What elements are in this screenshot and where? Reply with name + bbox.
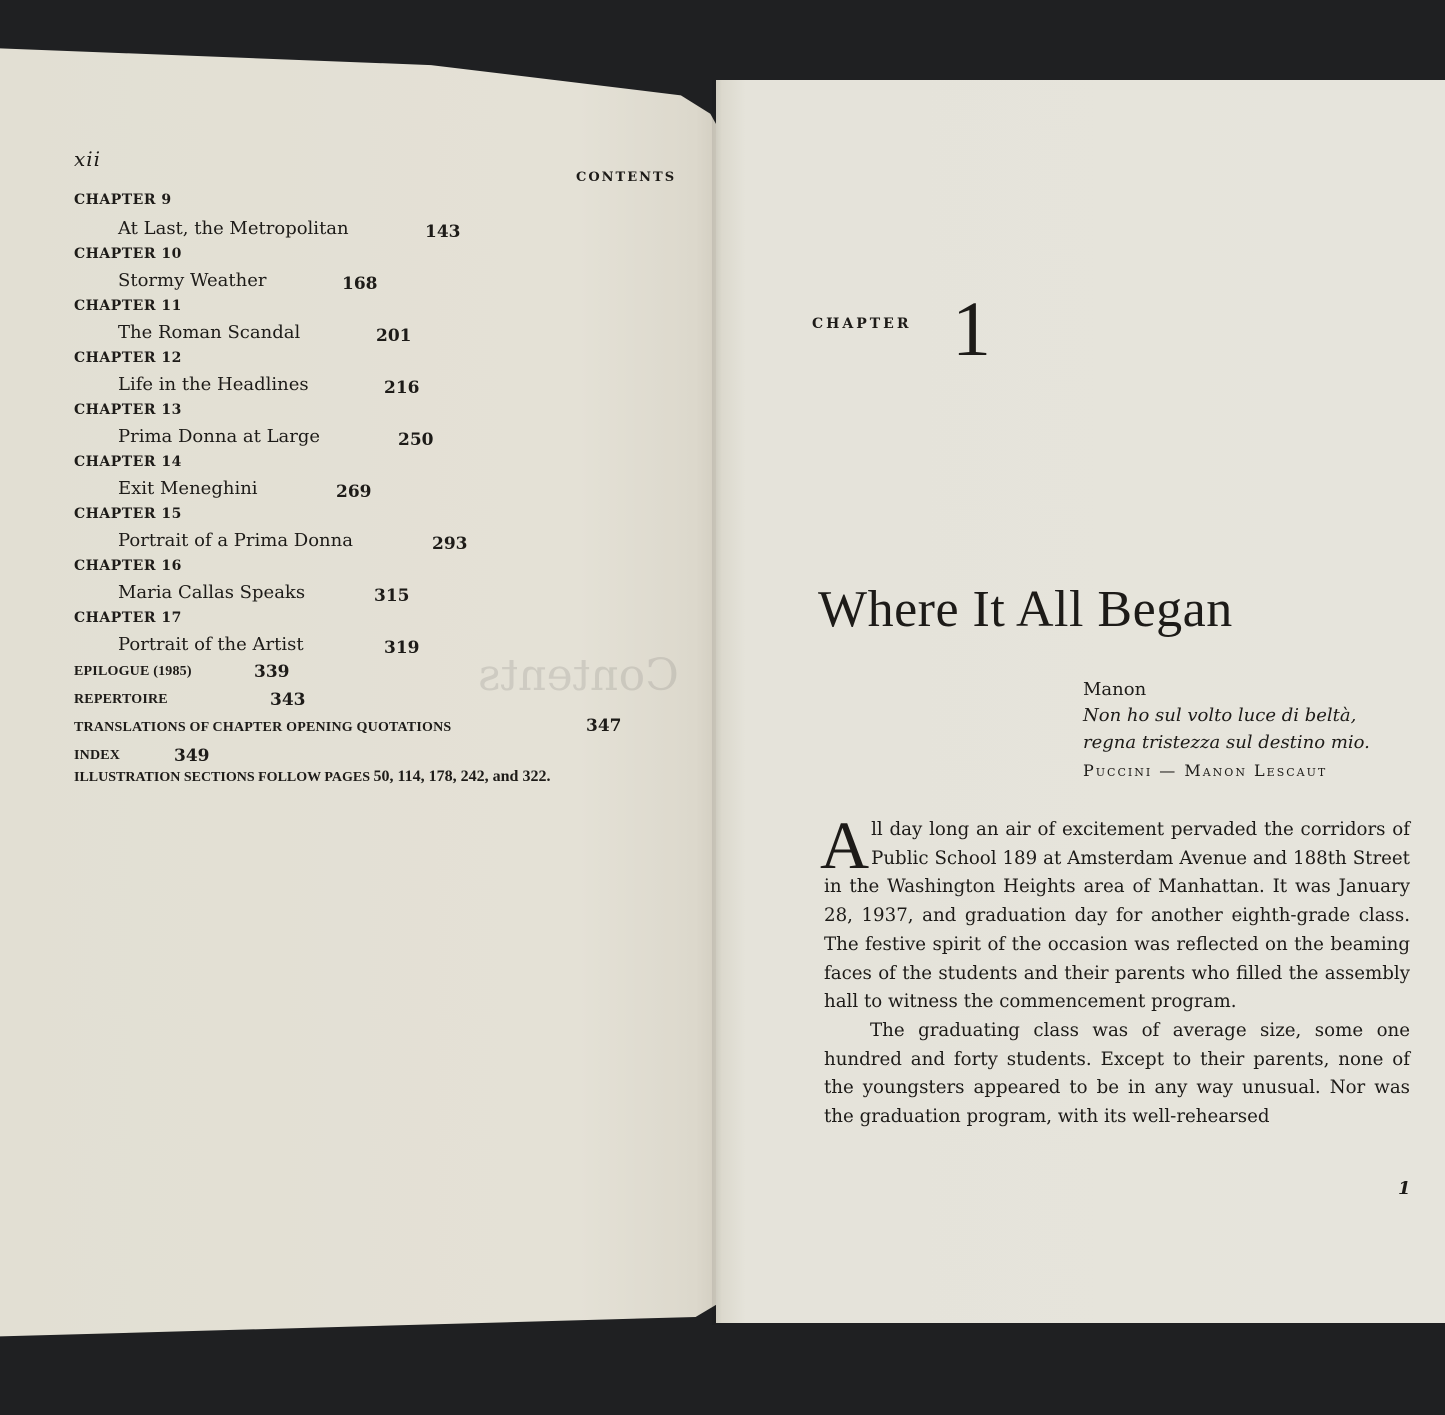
body-paragraph: The graduating class was of average size… [824,1017,1410,1132]
toc-chapter-title: Prima Donna at Large [118,426,320,447]
running-head: CONTENTS [576,170,676,185]
toc-page-number: 347 [586,716,622,736]
epigraph-line: regna tristezza sul destino mio. [1083,729,1413,756]
toc-entry: CHAPTER 11 [74,296,694,322]
toc-back-matter-entry: TRANSLATIONS OF CHAPTER OPENING QUOTATIO… [74,716,694,744]
toc-page-number: 216 [384,378,420,398]
toc-page-number: 269 [336,482,372,502]
chapter-title: Where It All Began [818,580,1233,639]
gutter-shadow [712,80,722,1325]
right-page-folio: 1 [1398,1178,1411,1199]
toc-chapter-label: CHAPTER 11 [74,298,182,314]
toc-page-number: 343 [270,690,306,710]
toc-page-number: 315 [374,586,410,606]
toc-page-number: 168 [342,274,378,294]
toc-chapter-title: Life in the Headlines [118,374,309,395]
drop-cap: A [820,820,869,870]
toc-chapter-label: CHAPTER 10 [74,246,182,262]
toc-entry: CHAPTER 17 [74,608,694,634]
toc-entry: Stormy Weather 168 [74,270,694,296]
epigraph-line: Non ho sul volto luce di beltà, [1083,702,1413,729]
toc-entry: Life in the Headlines 216 [74,374,694,400]
toc-entry: CHAPTER 16 [74,556,694,582]
chapter-label: CHAPTER [812,316,911,332]
toc-page-number: 250 [398,430,434,450]
toc-chapter-title: Maria Callas Speaks [118,582,305,603]
toc-chapter-title: The Roman Scandal [118,322,300,343]
toc-entry: CHAPTER 10 [74,244,694,270]
left-page-folio: xii [74,147,101,171]
epigraph-speaker: Manon [1083,678,1413,702]
toc-chapter-title: Portrait of the Artist [118,634,304,655]
toc-chapter-label: CHAPTER 12 [74,350,182,366]
toc-entry: Maria Callas Speaks 315 [74,582,694,608]
toc-entry: CHAPTER 12 [74,348,694,374]
toc-entry: The Roman Scandal 201 [74,322,694,348]
toc-chapter-title: Stormy Weather [118,270,266,291]
toc-entry: Portrait of the Artist 319 [74,634,694,660]
chapter-body: All day long an air of excitement pervad… [824,816,1410,1132]
toc-entry: Exit Meneghini 269 [74,478,694,504]
table-of-contents: CHAPTER 9 At Last, the Metropolitan 143 … [74,192,694,772]
epigraph: Manon Non ho sul volto luce di beltà, re… [1083,678,1413,786]
toc-page-number: 201 [376,326,412,346]
toc-back-matter-label: INDEX [74,748,120,764]
paragraph-text: The graduating class was of average size… [824,1020,1410,1127]
toc-chapter-label: CHAPTER 9 [74,192,172,208]
toc-entry: CHAPTER 14 [74,452,694,478]
toc-entry: CHAPTER 9 [74,192,694,218]
toc-back-matter-label: REPERTOIRE [74,692,168,708]
toc-chapter-title: Portrait of a Prima Donna [118,530,353,551]
toc-back-matter-entry: REPERTOIRE 343 [74,688,694,716]
toc-chapter-title: Exit Meneghini [118,478,258,499]
paragraph-text: ll day long an air of excitement pervade… [824,819,1410,1012]
toc-entry: CHAPTER 15 [74,504,694,530]
body-paragraph: All day long an air of excitement pervad… [824,816,1410,1017]
toc-back-matter-label: EPILOGUE (1985) [74,664,192,680]
toc-page-number: 293 [432,534,468,554]
illustration-note: ILLUSTRATION SECTIONS FOLLOW PAGES 50, 1… [74,768,550,786]
toc-entry: CHAPTER 13 [74,400,694,426]
toc-entry: Portrait of a Prima Donna 293 [74,530,694,556]
chapter-number: 1 [952,290,991,368]
toc-entry: At Last, the Metropolitan 143 [74,218,694,244]
toc-back-matter-label: TRANSLATIONS OF CHAPTER OPENING QUOTATIO… [74,720,451,736]
toc-entry: Prima Donna at Large 250 [74,426,694,452]
epigraph-attribution: Puccini — Manon Lescaut [1083,756,1413,786]
toc-chapter-label: CHAPTER 14 [74,454,182,470]
toc-chapter-label: CHAPTER 15 [74,506,182,522]
toc-page-number: 349 [174,746,210,766]
illustration-note-pages: 50, 114, 178, 242, and 322. [374,768,551,785]
toc-back-matter-entry: EPILOGUE (1985) 339 [74,660,694,688]
illustration-note-prefix: ILLUSTRATION SECTIONS FOLLOW PAGES [74,770,370,785]
toc-chapter-label: CHAPTER 16 [74,558,182,574]
toc-page-number: 319 [384,638,420,658]
toc-chapter-title: At Last, the Metropolitan [118,218,349,239]
toc-page-number: 339 [254,662,290,682]
toc-chapter-label: CHAPTER 17 [74,610,182,626]
toc-page-number: 143 [425,222,461,242]
toc-chapter-label: CHAPTER 13 [74,402,182,418]
